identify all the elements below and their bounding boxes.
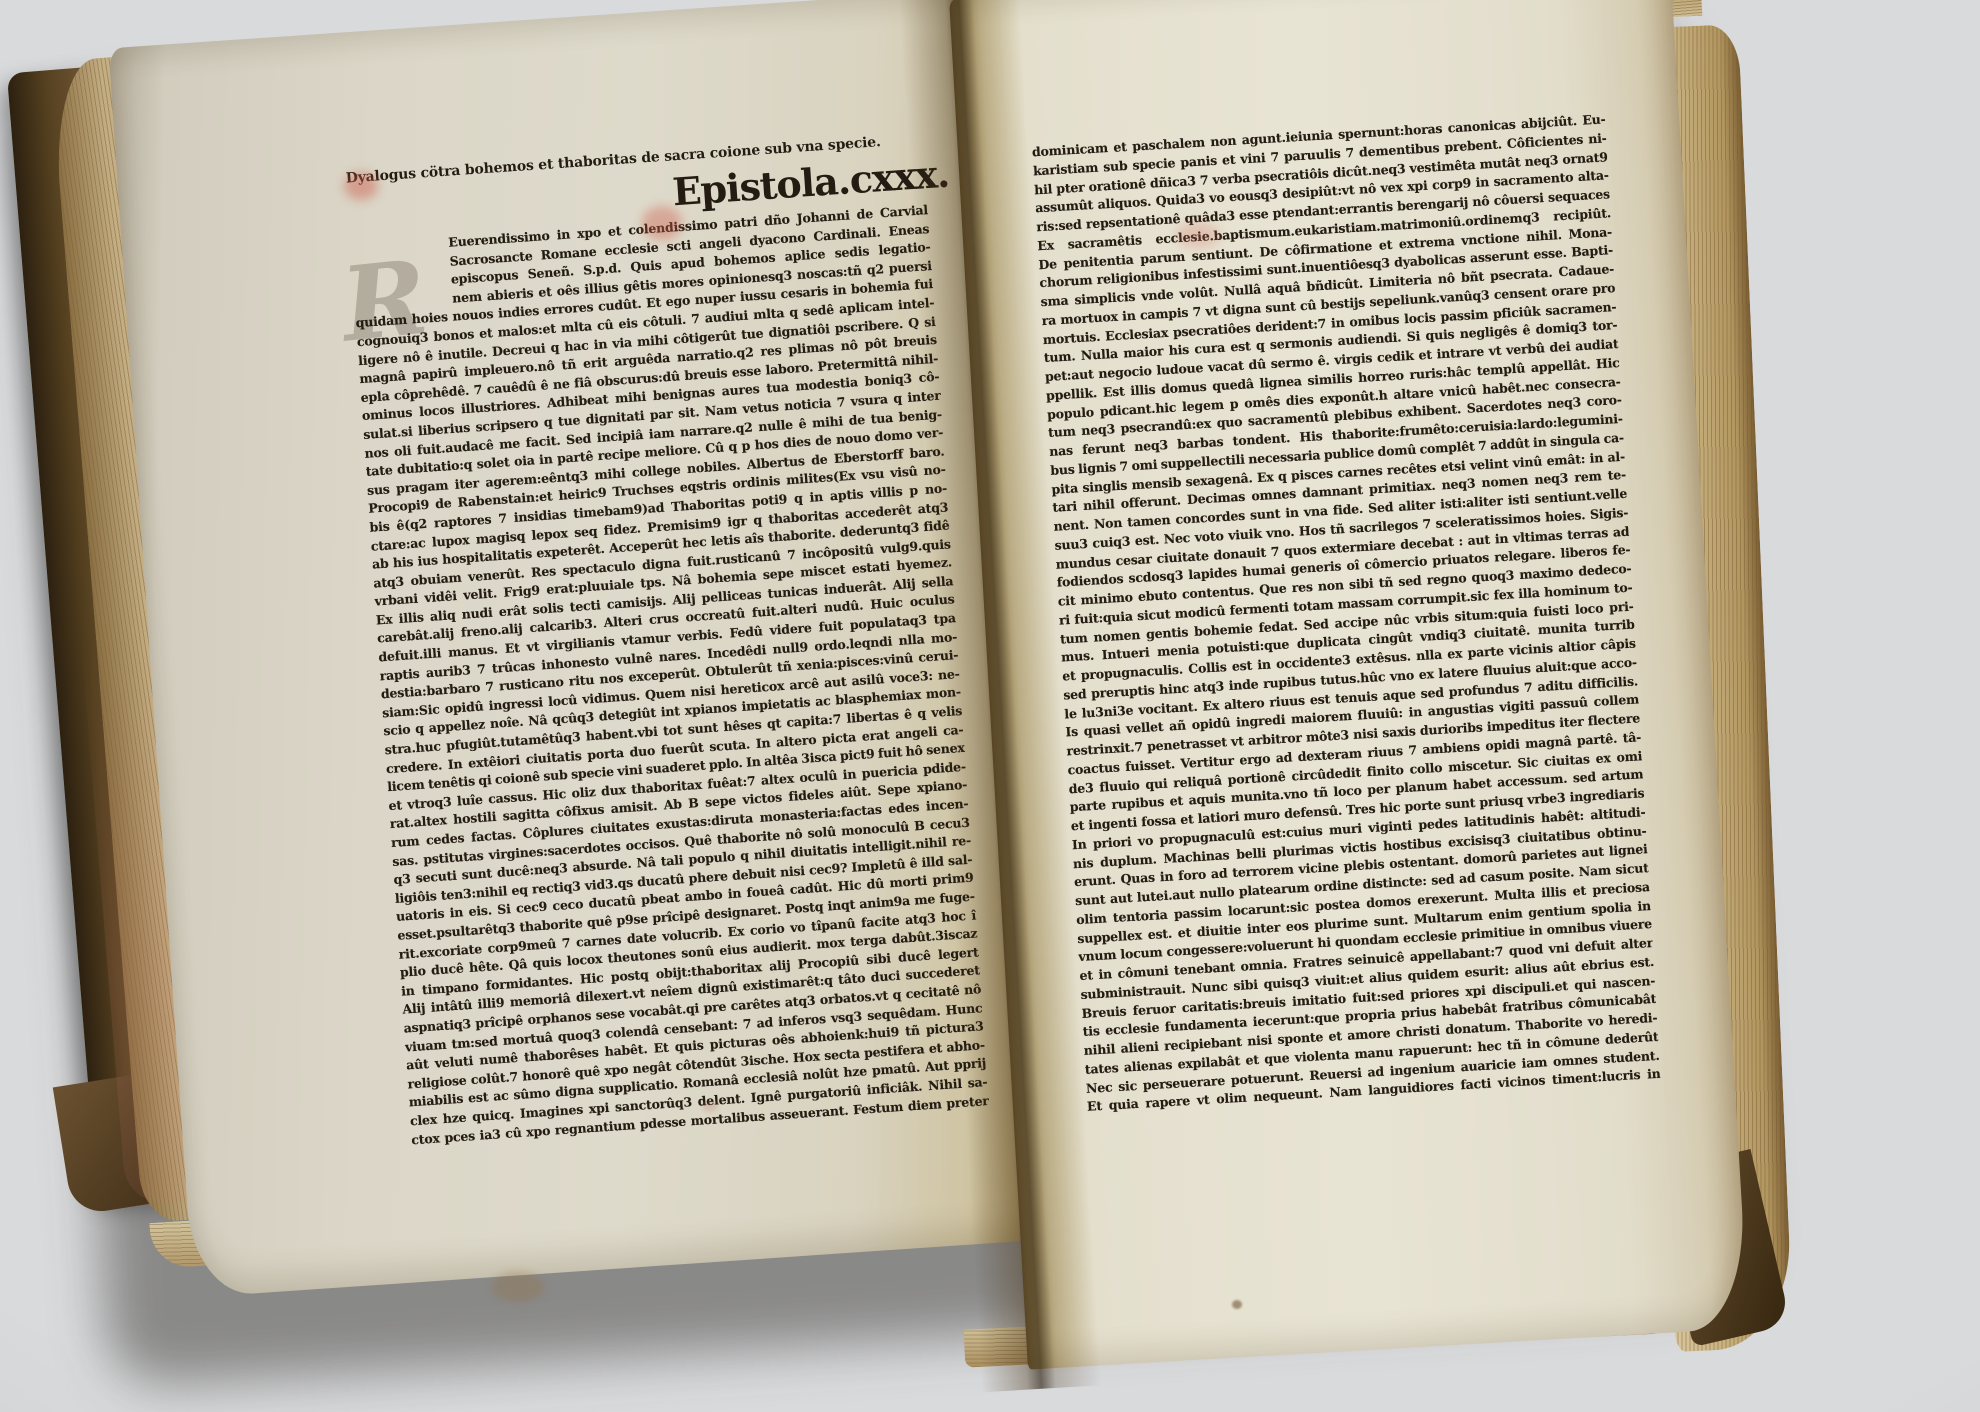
paper-stain [492,1272,544,1302]
right-page-lines: dominicam et paschalem non agunt.ieiunia… [1032,110,1662,1116]
photo-background: Dyalogus cötra bohemos et thaboritas de … [0,0,1980,1412]
right-page: dominicam et paschalem non agunt.ieiunia… [949,0,1749,1370]
paper-stain [1232,1300,1242,1309]
left-page-text-block: Dyalogus cötra bohemos et thaboritas de … [345,129,966,242]
left-page: Dyalogus cötra bohemos et thaboritas de … [108,0,1043,1298]
left-page-lines: Euerendissimo in xpo et colendissimo pat… [350,202,989,1150]
right-page-text-block: dominicam et paschalem non agunt.ieiunia… [1032,109,1633,144]
paper-stain [702,1102,718,1112]
